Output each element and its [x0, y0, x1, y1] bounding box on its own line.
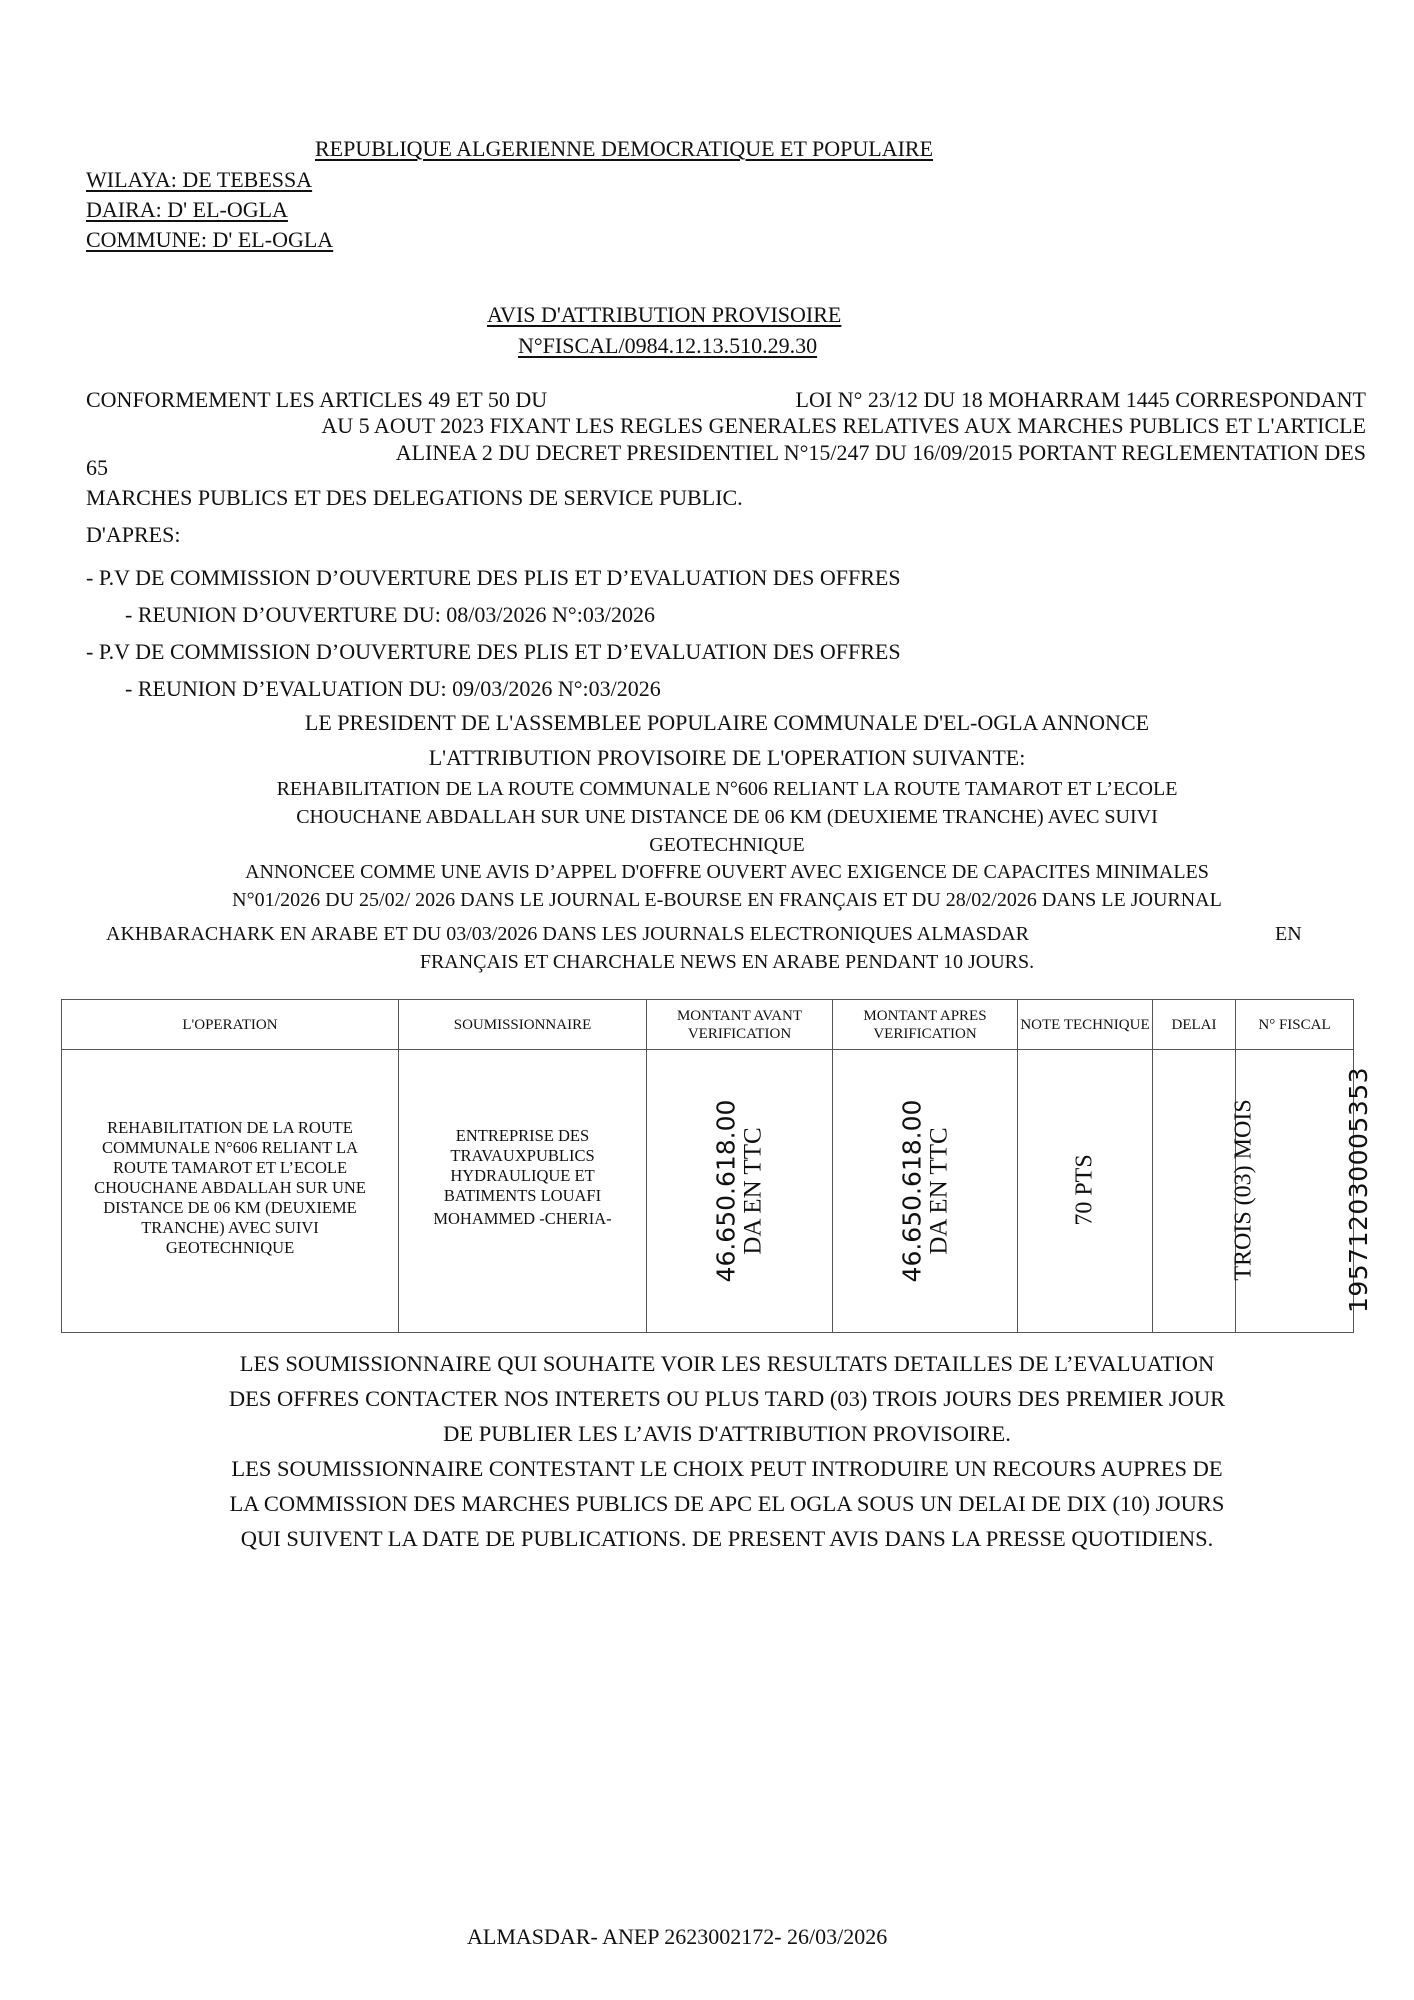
notice-title: AVIS D'ATTRIBUTION PROVISOIRE	[487, 302, 841, 328]
bidder-line: ENTREPRISE DES	[411, 1126, 634, 1146]
publication-line-1: ANNONCEE COMME UNE AVIS D’APPEL D'OFFRE …	[86, 858, 1368, 886]
reference-item: - P.V DE COMMISSION D’OUVERTURE DES PLIS…	[86, 565, 901, 591]
column-header-operation: L'OPERATION	[62, 1000, 399, 1050]
closing-line: LES SOUMISSIONNAIRE QUI SOUHAITE VOIR LE…	[86, 1351, 1368, 1377]
cell-operation: REHABILITATION DE LA ROUTE COMMUNALE N°6…	[62, 1050, 399, 1333]
amount-after-value: 46.650.618.00	[898, 1100, 926, 1283]
preamble-article-number: 65	[86, 455, 108, 481]
closing-line: QUI SUIVENT LA DATE DE PUBLICATIONS. DE …	[86, 1526, 1368, 1552]
preamble-line-1a: CONFORMEMENT LES ARTICLES 49 ET 50 DU	[86, 387, 547, 413]
notice-fiscal-number: N°FISCAL/0984.12.13.510.29.30	[518, 333, 817, 359]
amount-after: 46.650.618.00 DA EN TTC	[898, 1100, 952, 1283]
attribution-table: L'OPERATION SOUMISSIONNAIRE MONTANT AVAN…	[61, 999, 1354, 1333]
reference-item: - REUNION D’OUVERTURE DU: 08/03/2026 N°:…	[125, 602, 655, 628]
preamble-line-4: MARCHES PUBLICS ET DES DELEGATIONS DE SE…	[86, 485, 743, 511]
bidder-line: HYDRAULIQUE ET	[411, 1166, 634, 1186]
column-header-technical-score: NOTE TECHNIQUE	[1018, 1000, 1153, 1050]
cell-technical-score: 70 PTS	[1018, 1050, 1153, 1333]
amount-before: 46.650.618.00 DA EN TTC	[713, 1100, 767, 1283]
operation-line-1: REHABILITATION DE LA ROUTE COMMUNALE N°6…	[86, 775, 1368, 803]
column-header-fiscal-number: N° FISCAL	[1236, 1000, 1354, 1050]
bidder-text: ENTREPRISE DES TRAVAUXPUBLICS HYDRAULIQU…	[399, 1126, 646, 1257]
preamble-line-1b: LOI N° 23/12 DU 18 MOHARRAM 1445 CORRESP…	[796, 387, 1366, 413]
cell-amount-after: 46.650.618.00 DA EN TTC	[833, 1050, 1018, 1333]
preamble-line-3: ALINEA 2 DU DECRET PRESIDENTIEL N°15/247…	[396, 440, 1366, 466]
daira-line: DAIRA: D' EL-OGLA	[86, 197, 288, 223]
bidder-line: TRAVAUXPUBLICS	[411, 1146, 634, 1166]
operation-line-3: GEOTECHNIQUE	[86, 831, 1368, 859]
bidder-line: MOHAMMED -CHERIA-	[411, 1209, 634, 1229]
amount-before-value: 46.650.618.00	[713, 1100, 741, 1283]
commune-line: COMMUNE: D' EL-OGLA	[86, 227, 333, 253]
column-header-amount-after: MONTANT APRES VERIFICATION	[833, 1000, 1018, 1050]
publication-line-3: AKHBARACHARK EN ARABE ET DU 03/03/2026 D…	[106, 920, 1029, 948]
closing-line: DE PUBLIER LES L’AVIS D'ATTRIBUTION PROV…	[86, 1421, 1368, 1447]
operation-text: REHABILITATION DE LA ROUTE COMMUNALE N°6…	[62, 1118, 398, 1264]
technical-score: 70 PTS	[1075, 1154, 1095, 1225]
publication-line-4: FRANÇAIS ET CHARCHALE NEWS EN ARABE PEND…	[86, 948, 1368, 976]
publication-footer: ALMASDAR- ANEP 2623002172- 26/03/2026	[467, 1924, 887, 1950]
announcement-line-1: LE PRESIDENT DE L'ASSEMBLEE POPULAIRE CO…	[86, 710, 1368, 736]
cell-delay: TROIS (03) MOIS	[1153, 1050, 1236, 1333]
republic-heading: REPUBLIQUE ALGERIENNE DEMOCRATIQUE ET PO…	[315, 136, 933, 162]
reference-item: - P.V DE COMMISSION D’OUVERTURE DES PLIS…	[86, 639, 901, 665]
delay-value: TROIS (03) MOIS	[1234, 1099, 1254, 1280]
preamble-line-2: AU 5 AOUT 2023 FIXANT LES REGLES GENERAL…	[321, 413, 1366, 439]
table-row: REHABILITATION DE LA ROUTE COMMUNALE N°6…	[62, 1050, 1354, 1333]
closing-line: DES OFFRES CONTACTER NOS INTERETS OU PLU…	[86, 1386, 1368, 1412]
wilaya-line: WILAYA: DE TEBESSA	[86, 167, 312, 193]
publication-line-2: N°01/2026 DU 25/02/ 2026 DANS LE JOURNAL…	[86, 886, 1368, 914]
closing-line: LA COMMISSION DES MARCHES PUBLICS DE APC…	[86, 1491, 1368, 1517]
reference-item: - REUNION D’EVALUATION DU: 09/03/2026 N°…	[125, 676, 661, 702]
cell-amount-before: 46.650.618.00 DA EN TTC	[647, 1050, 833, 1333]
column-header-amount-before: MONTANT AVANT VERIFICATION	[647, 1000, 833, 1050]
fiscal-number-value: 195712030005353	[1349, 1066, 1369, 1312]
bidder-line: BATIMENTS LOUAFI	[411, 1186, 634, 1206]
operation-line-2: CHOUCHANE ABDALLAH SUR UNE DISTANCE DE 0…	[86, 803, 1368, 831]
publication-line-3-end: EN	[1275, 920, 1302, 948]
amount-after-unit: DA EN TTC	[926, 1100, 952, 1283]
column-header-bidder: SOUMISSIONNAIRE	[399, 1000, 647, 1050]
column-header-delay: DELAI	[1153, 1000, 1236, 1050]
references-intro: D'APRES:	[86, 522, 180, 548]
closing-line: LES SOUMISSIONNAIRE CONTESTANT LE CHOIX …	[86, 1456, 1368, 1482]
announcement-line-2: L'ATTRIBUTION PROVISOIRE DE L'OPERATION …	[86, 745, 1368, 771]
table-header-row: L'OPERATION SOUMISSIONNAIRE MONTANT AVAN…	[62, 1000, 1354, 1050]
amount-before-unit: DA EN TTC	[741, 1100, 767, 1283]
cell-bidder: ENTREPRISE DES TRAVAUXPUBLICS HYDRAULIQU…	[399, 1050, 647, 1333]
